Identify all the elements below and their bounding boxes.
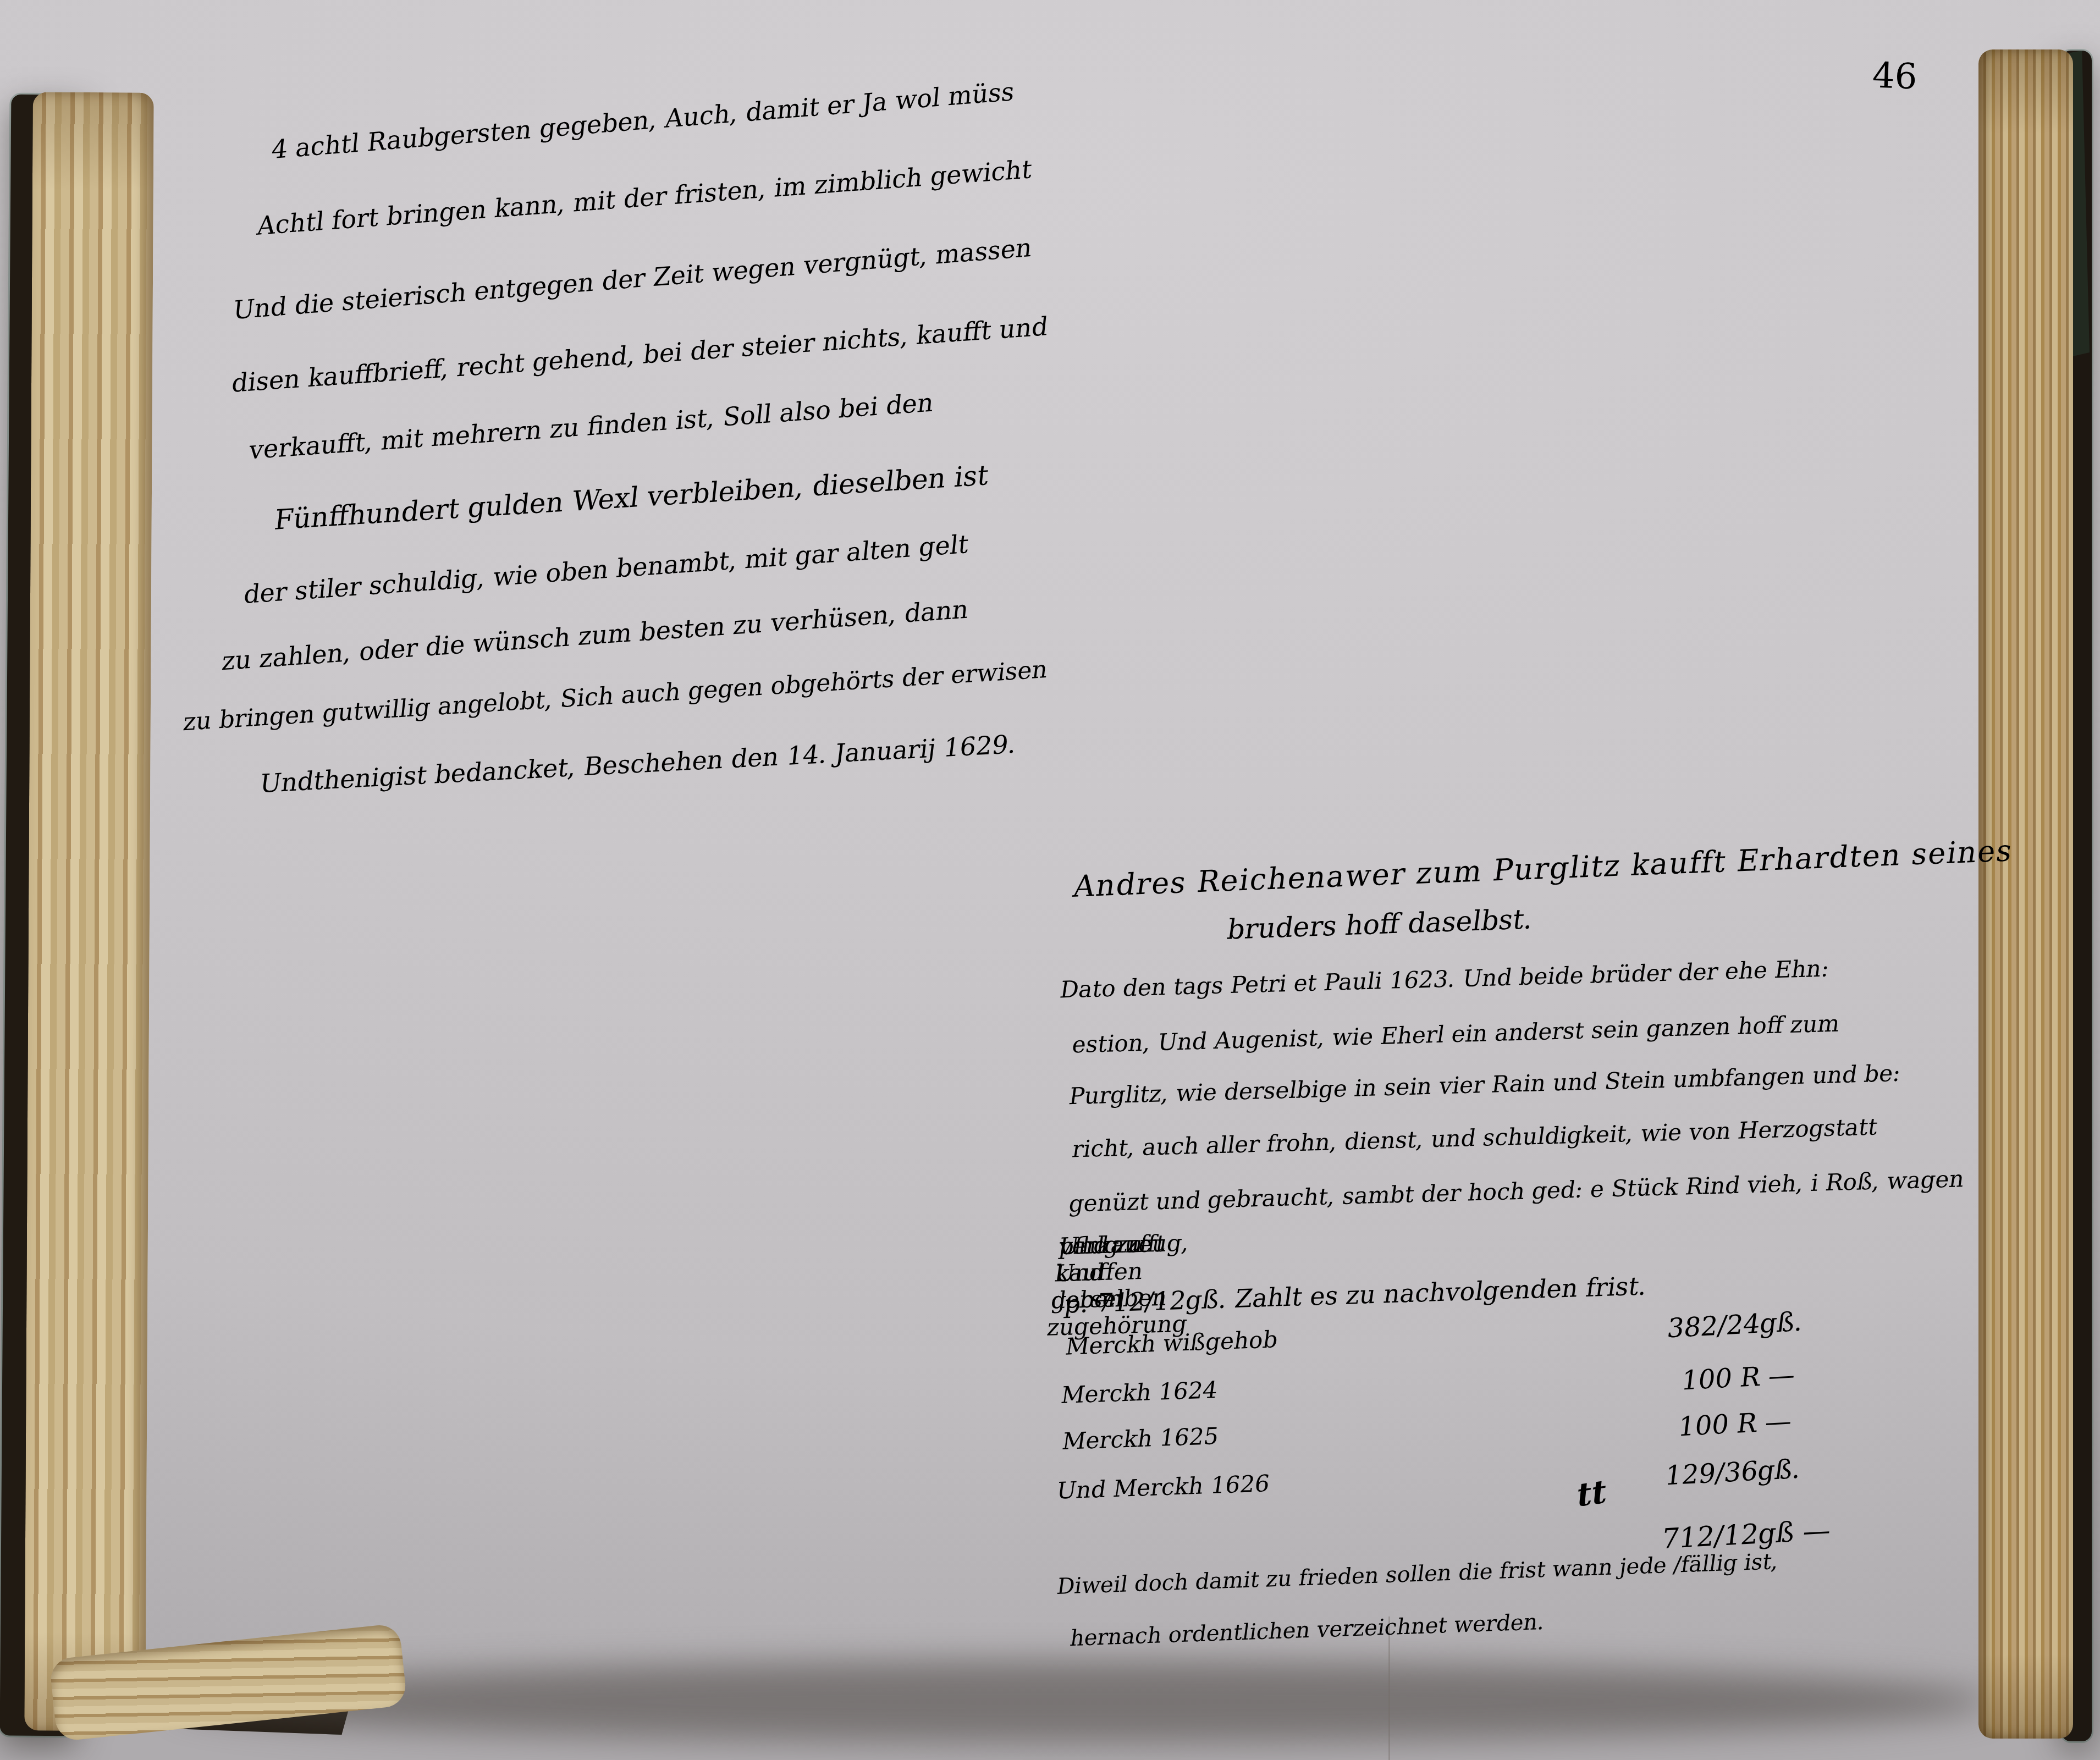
account-row-label-2: Merckh 1624 bbox=[1060, 1376, 1220, 1409]
account-row-amount-3: 100 R — bbox=[1677, 1405, 1794, 1442]
folio-number: 46 bbox=[1872, 56, 1918, 98]
account-row-label-3: Merckh 1625 bbox=[1061, 1422, 1221, 1455]
manuscript-photo: 46 4 achtl Raubgersten gegeben, Auch, da… bbox=[0, 0, 2100, 1760]
account-row-amount-2: 100 R — bbox=[1680, 1359, 1797, 1396]
sum-mark: tt bbox=[1575, 1472, 1608, 1514]
